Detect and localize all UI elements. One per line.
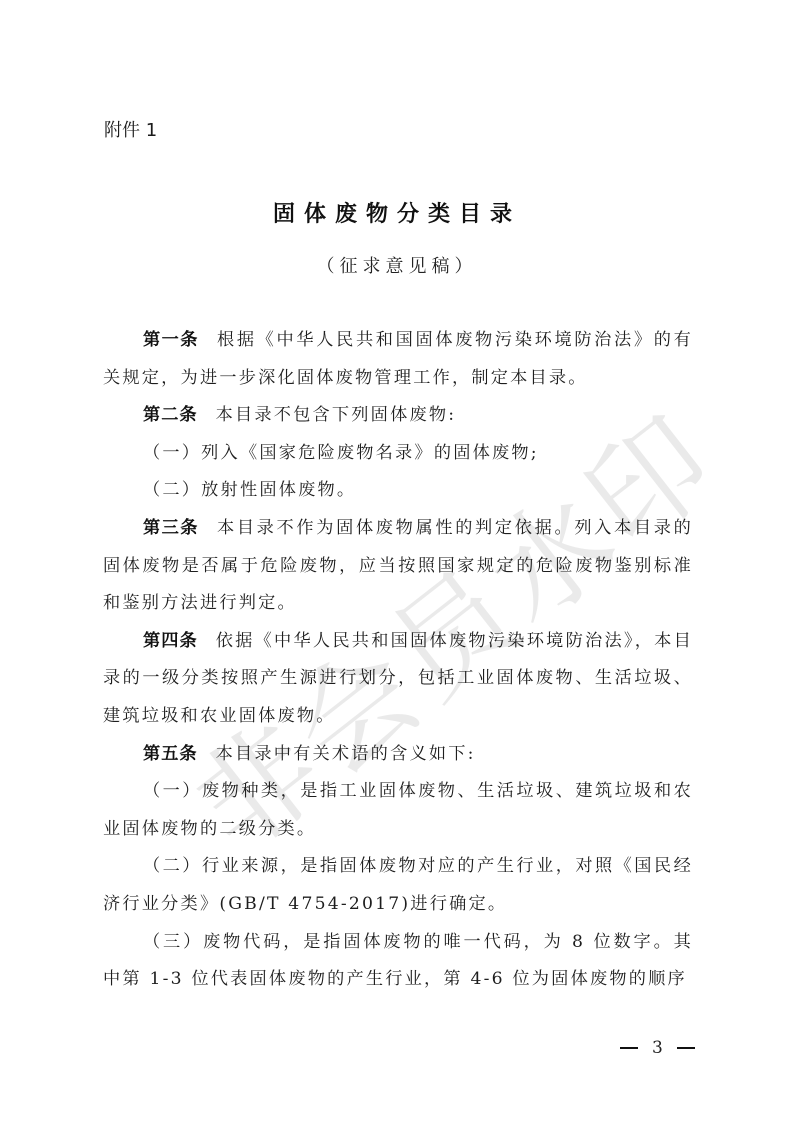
article-5-item-3: （三）废物代码，是指固体废物的唯一代码，为 8 位数字。其中第 1-3 位代表固…	[103, 924, 693, 999]
item-text: （一）废物种类，是指工业固体废物、生活垃圾、建筑垃圾和农业固体废物的二级分类。	[103, 781, 693, 839]
article-5: 第五条本目录中有关术语的含义如下:	[103, 736, 693, 774]
article-5-item-2: （二）行业来源，是指固体废物对应的产生行业，对照《国民经济行业分类》(GB/T …	[103, 848, 693, 923]
article-label: 第一条	[143, 330, 199, 350]
dash-right	[677, 1047, 695, 1049]
item-text: （三）废物代码，是指固体废物的唯一代码，为 8 位数字。其中第 1-3 位代表固…	[103, 932, 693, 990]
article-3: 第三条本目录不作为固体废物属性的判定依据。列入本目录的固体废物是否属于危险废物，…	[103, 510, 693, 623]
article-label: 第五条	[143, 744, 198, 764]
document-page: 非会员水印 附件 1 固体废物分类目录 （征求意见稿） 第一条根据《中华人民共和…	[0, 0, 794, 1123]
document-body: 第一条根据《中华人民共和国固体废物污染环境防治法》的有关规定，为进一步深化固体废…	[103, 322, 693, 999]
document-subtitle: （征求意见稿）	[0, 252, 794, 278]
article-2-item-1: （一）列入《国家危险废物名录》的固体废物;	[103, 435, 693, 473]
article-label: 第二条	[143, 405, 198, 425]
article-4: 第四条依据《中华人民共和国固体废物污染环境防治法》，本目录的一级分类按照产生源进…	[103, 623, 693, 736]
article-2: 第二条本目录不包含下列固体废物:	[103, 397, 693, 435]
article-label: 第四条	[143, 631, 198, 651]
attachment-label: 附件 1	[104, 116, 157, 142]
document-title: 固体废物分类目录	[0, 197, 794, 228]
article-text: 本目录不包含下列固体废物:	[216, 405, 457, 425]
item-text: （二）行业来源，是指固体废物对应的产生行业，对照《国民经济行业分类》(GB/T …	[103, 856, 693, 914]
article-2-item-2: （二）放射性固体废物。	[103, 472, 693, 510]
dash-left	[620, 1047, 638, 1049]
article-label: 第三条	[143, 518, 199, 538]
page-number: 3	[620, 1038, 695, 1058]
item-text: （一）列入《国家危险废物名录》的固体废物;	[143, 443, 539, 463]
article-5-item-1: （一）废物种类，是指工业固体废物、生活垃圾、建筑垃圾和农业固体废物的二级分类。	[103, 773, 693, 848]
item-text: （二）放射性固体废物。	[143, 480, 356, 500]
article-1: 第一条根据《中华人民共和国固体废物污染环境防治法》的有关规定，为进一步深化固体废…	[103, 322, 693, 397]
page-number-value: 3	[652, 1038, 663, 1058]
article-text: 本目录中有关术语的含义如下:	[216, 744, 476, 764]
